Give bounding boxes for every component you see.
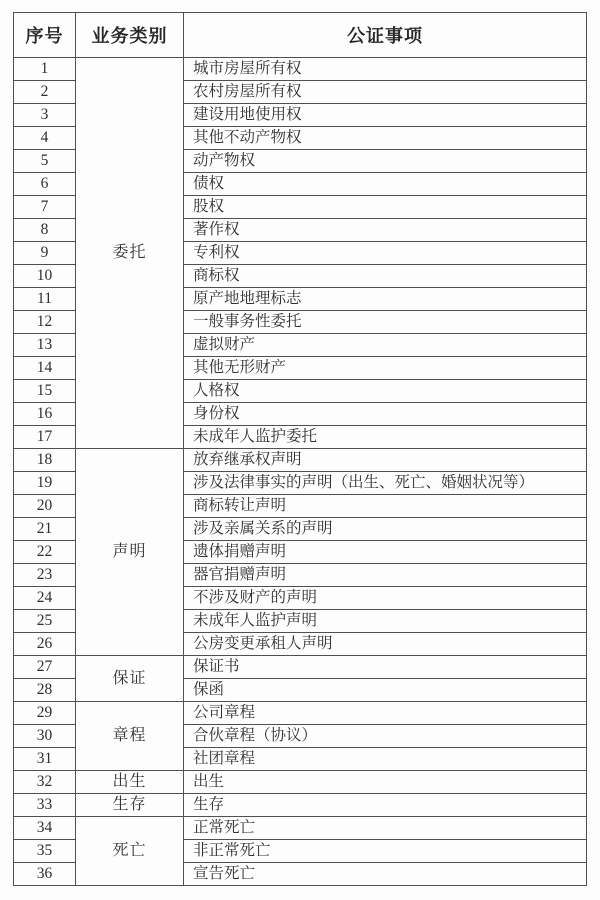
table-row: 27保证保证书	[14, 656, 587, 679]
page: 序号 业务类别 公证事项 1委托城市房屋所有权2农村房屋所有权3建设用地使用权4…	[0, 0, 600, 900]
item-cell: 商标转让声明	[184, 495, 587, 518]
item-cell: 城市房屋所有权	[184, 58, 587, 81]
table-header: 序号 业务类别 公证事项	[14, 13, 587, 58]
item-cell: 建设用地使用权	[184, 104, 587, 127]
item-cell: 生存	[184, 794, 587, 817]
item-cell: 不涉及财产的声明	[184, 587, 587, 610]
serial-cell: 28	[14, 679, 76, 702]
item-cell: 未成年人监护声明	[184, 610, 587, 633]
serial-cell: 7	[14, 196, 76, 219]
item-cell: 农村房屋所有权	[184, 81, 587, 104]
serial-cell: 15	[14, 380, 76, 403]
serial-cell: 19	[14, 472, 76, 495]
serial-cell: 3	[14, 104, 76, 127]
serial-cell: 18	[14, 449, 76, 472]
serial-cell: 1	[14, 58, 76, 81]
serial-cell: 13	[14, 334, 76, 357]
serial-cell: 4	[14, 127, 76, 150]
serial-cell: 11	[14, 288, 76, 311]
item-cell: 合伙章程（协议）	[184, 725, 587, 748]
category-cell: 出生	[76, 771, 184, 794]
table-row: 33生存生存	[14, 794, 587, 817]
serial-cell: 5	[14, 150, 76, 173]
item-cell: 涉及法律事实的声明（出生、死亡、婚姻状况等）	[184, 472, 587, 495]
item-cell: 虚拟财产	[184, 334, 587, 357]
item-cell: 保证书	[184, 656, 587, 679]
item-cell: 公房变更承租人声明	[184, 633, 587, 656]
item-cell: 债权	[184, 173, 587, 196]
item-cell: 股权	[184, 196, 587, 219]
item-cell: 人格权	[184, 380, 587, 403]
serial-cell: 10	[14, 265, 76, 288]
serial-cell: 22	[14, 541, 76, 564]
table-row: 34死亡正常死亡	[14, 817, 587, 840]
serial-cell: 35	[14, 840, 76, 863]
serial-cell: 12	[14, 311, 76, 334]
item-cell: 出生	[184, 771, 587, 794]
serial-cell: 6	[14, 173, 76, 196]
serial-cell: 14	[14, 357, 76, 380]
item-cell: 一般事务性委托	[184, 311, 587, 334]
table-body: 1委托城市房屋所有权2农村房屋所有权3建设用地使用权4其他不动产物权5动产物权6…	[14, 58, 587, 886]
item-cell: 著作权	[184, 219, 587, 242]
serial-cell: 16	[14, 403, 76, 426]
category-cell: 生存	[76, 794, 184, 817]
table-row: 32出生出生	[14, 771, 587, 794]
item-cell: 涉及亲属关系的声明	[184, 518, 587, 541]
notary-table: 序号 业务类别 公证事项 1委托城市房屋所有权2农村房屋所有权3建设用地使用权4…	[13, 12, 587, 886]
item-cell: 身份权	[184, 403, 587, 426]
item-cell: 其他不动产物权	[184, 127, 587, 150]
table-row: 1委托城市房屋所有权	[14, 58, 587, 81]
item-cell: 正常死亡	[184, 817, 587, 840]
item-cell: 保函	[184, 679, 587, 702]
serial-cell: 23	[14, 564, 76, 587]
item-cell: 专利权	[184, 242, 587, 265]
item-cell: 动产物权	[184, 150, 587, 173]
serial-cell: 17	[14, 426, 76, 449]
serial-cell: 20	[14, 495, 76, 518]
serial-cell: 36	[14, 863, 76, 886]
table-row: 18声明放弃继承权声明	[14, 449, 587, 472]
item-cell: 器官捐赠声明	[184, 564, 587, 587]
serial-cell: 26	[14, 633, 76, 656]
category-cell: 保证	[76, 656, 184, 702]
category-cell: 章程	[76, 702, 184, 771]
item-cell: 原产地地理标志	[184, 288, 587, 311]
serial-cell: 27	[14, 656, 76, 679]
serial-cell: 21	[14, 518, 76, 541]
serial-cell: 9	[14, 242, 76, 265]
serial-cell: 32	[14, 771, 76, 794]
header-row: 序号 业务类别 公证事项	[14, 13, 587, 58]
header-item: 公证事项	[184, 13, 587, 58]
item-cell: 放弃继承权声明	[184, 449, 587, 472]
serial-cell: 25	[14, 610, 76, 633]
item-cell: 非正常死亡	[184, 840, 587, 863]
table-row: 29章程公司章程	[14, 702, 587, 725]
item-cell: 商标权	[184, 265, 587, 288]
serial-cell: 33	[14, 794, 76, 817]
serial-cell: 24	[14, 587, 76, 610]
header-serial: 序号	[14, 13, 76, 58]
serial-cell: 30	[14, 725, 76, 748]
item-cell: 遗体捐赠声明	[184, 541, 587, 564]
item-cell: 其他无形财产	[184, 357, 587, 380]
serial-cell: 29	[14, 702, 76, 725]
category-cell: 死亡	[76, 817, 184, 886]
item-cell: 公司章程	[184, 702, 587, 725]
category-cell: 声明	[76, 449, 184, 656]
item-cell: 社团章程	[184, 748, 587, 771]
serial-cell: 8	[14, 219, 76, 242]
item-cell: 宣告死亡	[184, 863, 587, 886]
header-category: 业务类别	[76, 13, 184, 58]
serial-cell: 34	[14, 817, 76, 840]
serial-cell: 2	[14, 81, 76, 104]
serial-cell: 31	[14, 748, 76, 771]
category-cell: 委托	[76, 58, 184, 449]
item-cell: 未成年人监护委托	[184, 426, 587, 449]
